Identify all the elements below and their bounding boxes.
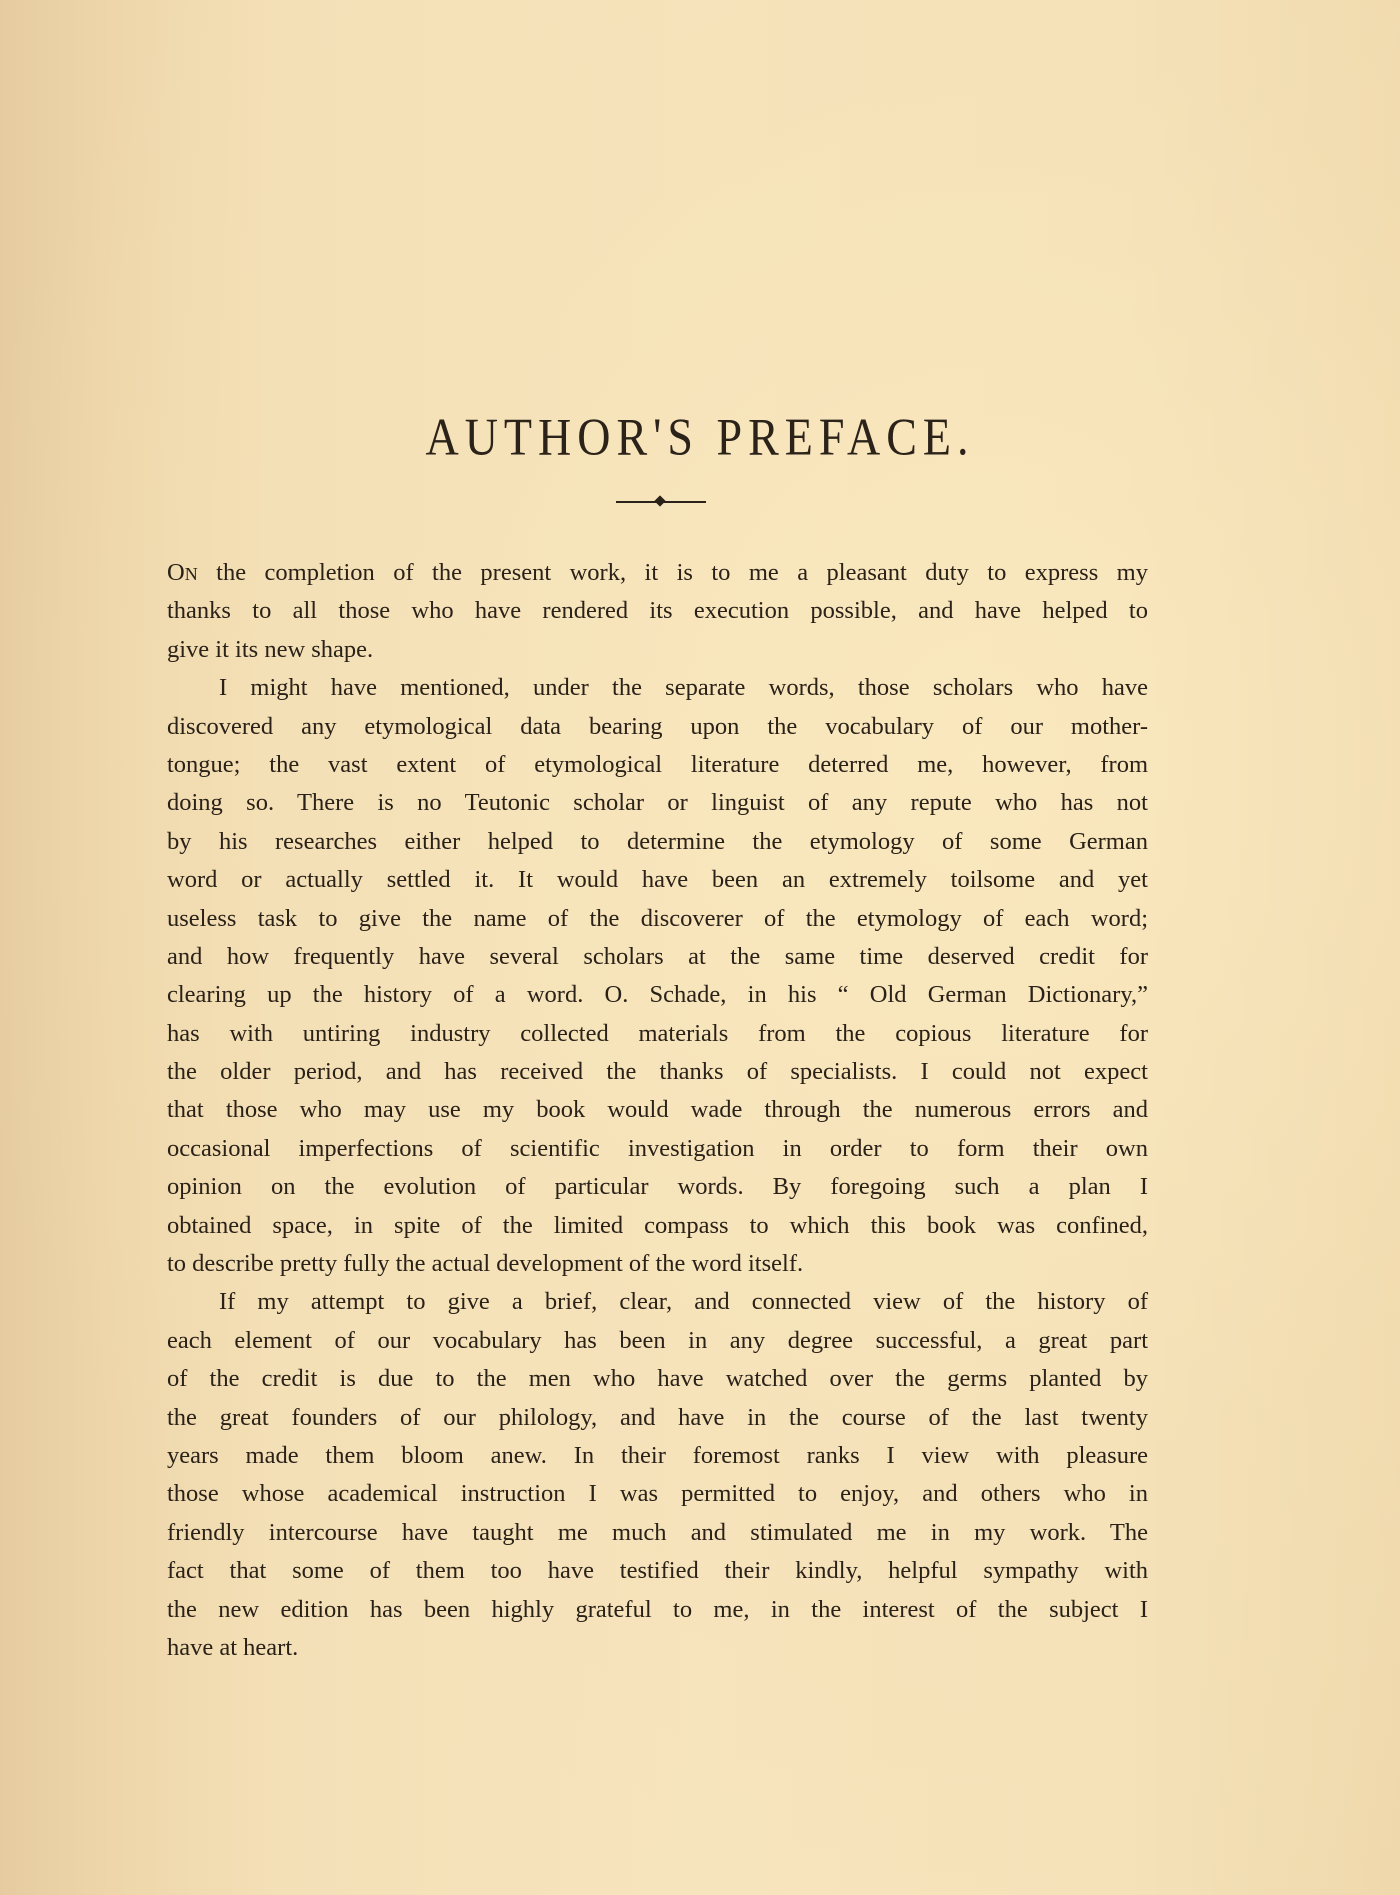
preface-body: ON the completion of the present work, i… bbox=[167, 554, 1148, 1667]
text-line: occasional imperfections of scientific i… bbox=[167, 1130, 1148, 1168]
text-line: the great founders of our philology, and… bbox=[167, 1399, 1148, 1437]
text-line: doing so. There is no Teutonic scholar o… bbox=[167, 784, 1148, 822]
text-line: that those who may use my book would wad… bbox=[167, 1091, 1148, 1129]
text-line: each element of our vocabulary has been … bbox=[167, 1322, 1148, 1360]
text-line: to describe pretty fully the actual deve… bbox=[167, 1245, 1148, 1283]
text-line: I might have mentioned, under the separa… bbox=[167, 669, 1148, 707]
paragraph-1: ON the completion of the present work, i… bbox=[167, 554, 1148, 669]
text-line: friendly intercourse have taught me much… bbox=[167, 1514, 1148, 1552]
text-line: those whose academical instruction I was… bbox=[167, 1475, 1148, 1513]
paragraph-3: If my attempt to give a brief, clear, an… bbox=[167, 1283, 1148, 1667]
small-cap-letter: N bbox=[185, 564, 198, 584]
text-line: obtained space, in spite of the limited … bbox=[167, 1207, 1148, 1245]
book-page: AUTHOR'S PREFACE. ON the completion of t… bbox=[0, 0, 1400, 1895]
text-line: clearing up the history of a word. O. Sc… bbox=[167, 976, 1148, 1014]
text-line: the older period, and has received the t… bbox=[167, 1053, 1148, 1091]
text-line: If my attempt to give a brief, clear, an… bbox=[167, 1283, 1148, 1321]
text-line: and how frequently have several scholars… bbox=[167, 938, 1148, 976]
paragraph-2: I might have mentioned, under the separa… bbox=[167, 669, 1148, 1283]
text-line: tongue; the vast extent of etymological … bbox=[167, 746, 1148, 784]
text-line: useless task to give the name of the dis… bbox=[167, 900, 1148, 938]
text-line: discovered any etymological data bearing… bbox=[167, 708, 1148, 746]
text-line: the new edition has been highly grateful… bbox=[167, 1591, 1148, 1629]
text-line: word or actually settled it. It would ha… bbox=[167, 861, 1148, 899]
text-line: have at heart. bbox=[167, 1629, 1148, 1667]
text-line: of the credit is due to the men who have… bbox=[167, 1360, 1148, 1398]
text-line: thanks to all those who have rendered it… bbox=[167, 592, 1148, 630]
text-line: give it its new shape. bbox=[167, 631, 1148, 669]
text-line: by his researches either helped to deter… bbox=[167, 823, 1148, 861]
text-line: ON the completion of the present work, i… bbox=[167, 554, 1148, 592]
drop-letter: O bbox=[167, 559, 185, 586]
diamond-icon bbox=[654, 495, 665, 506]
text-line: has with untiring industry collected mat… bbox=[167, 1015, 1148, 1053]
text-line: opinion on the evolution of particular w… bbox=[167, 1168, 1148, 1206]
text-line: fact that some of them too have testifie… bbox=[167, 1552, 1148, 1590]
divider-ornament-icon bbox=[616, 496, 706, 508]
text-line: years made them bloom anew. In their for… bbox=[167, 1437, 1148, 1475]
page-title: AUTHOR'S PREFACE. bbox=[0, 406, 1400, 467]
